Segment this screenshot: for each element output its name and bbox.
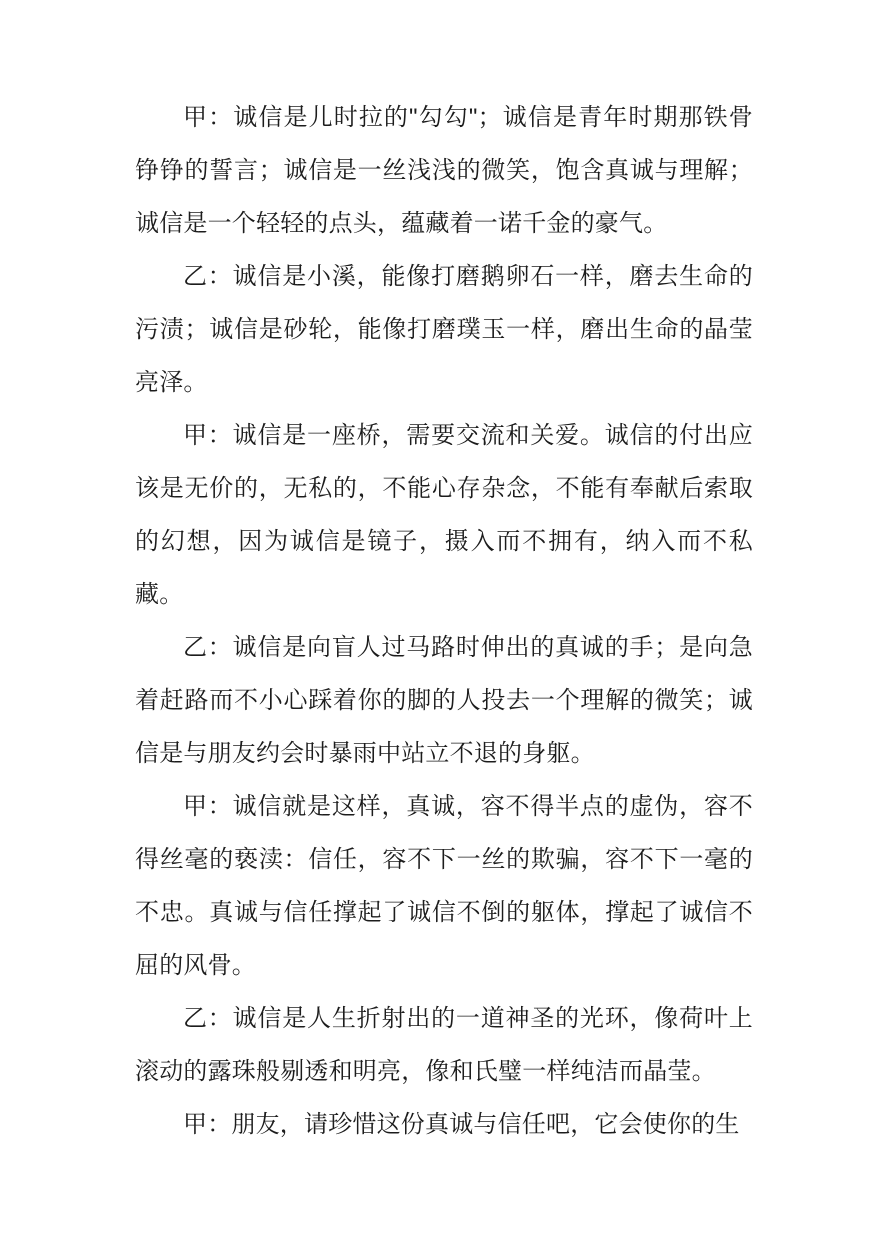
dialogue-paragraph-6: 乙：诚信是人生折射出的一道神圣的光环，像荷叶上滚动的露珠般剔透和明亮，像和氏璧一… <box>135 992 753 1098</box>
dialogue-paragraph-3: 甲：诚信是一座桥，需要交流和关爱。诚信的付出应该是无价的，无私的，不能心存杂念，… <box>135 409 753 621</box>
dialogue-paragraph-5: 甲：诚信就是这样，真诚，容不得半点的虚伪，容不得丝毫的亵渎：信任，容不下一丝的欺… <box>135 780 753 992</box>
dialogue-paragraph-4: 乙：诚信是向盲人过马路时伸出的真诚的手；是向急着赶路而不小心踩着你的脚的人投去一… <box>135 621 753 780</box>
document-page: 甲：诚信是儿时拉的"勾勾"；诚信是青年时期那铁骨铮铮的誓言；诚信是一丝浅浅的微笑… <box>0 0 884 1250</box>
dialogue-text-block: 甲：诚信是儿时拉的"勾勾"；诚信是青年时期那铁骨铮铮的誓言；诚信是一丝浅浅的微笑… <box>135 91 753 1151</box>
dialogue-paragraph-7: 甲：朋友，请珍惜这份真诚与信任吧，它会使你的生 <box>135 1098 753 1151</box>
dialogue-paragraph-1: 甲：诚信是儿时拉的"勾勾"；诚信是青年时期那铁骨铮铮的誓言；诚信是一丝浅浅的微笑… <box>135 91 753 250</box>
dialogue-paragraph-2: 乙：诚信是小溪，能像打磨鹅卵石一样，磨去生命的污渍；诚信是砂轮，能像打磨璞玉一样… <box>135 250 753 409</box>
